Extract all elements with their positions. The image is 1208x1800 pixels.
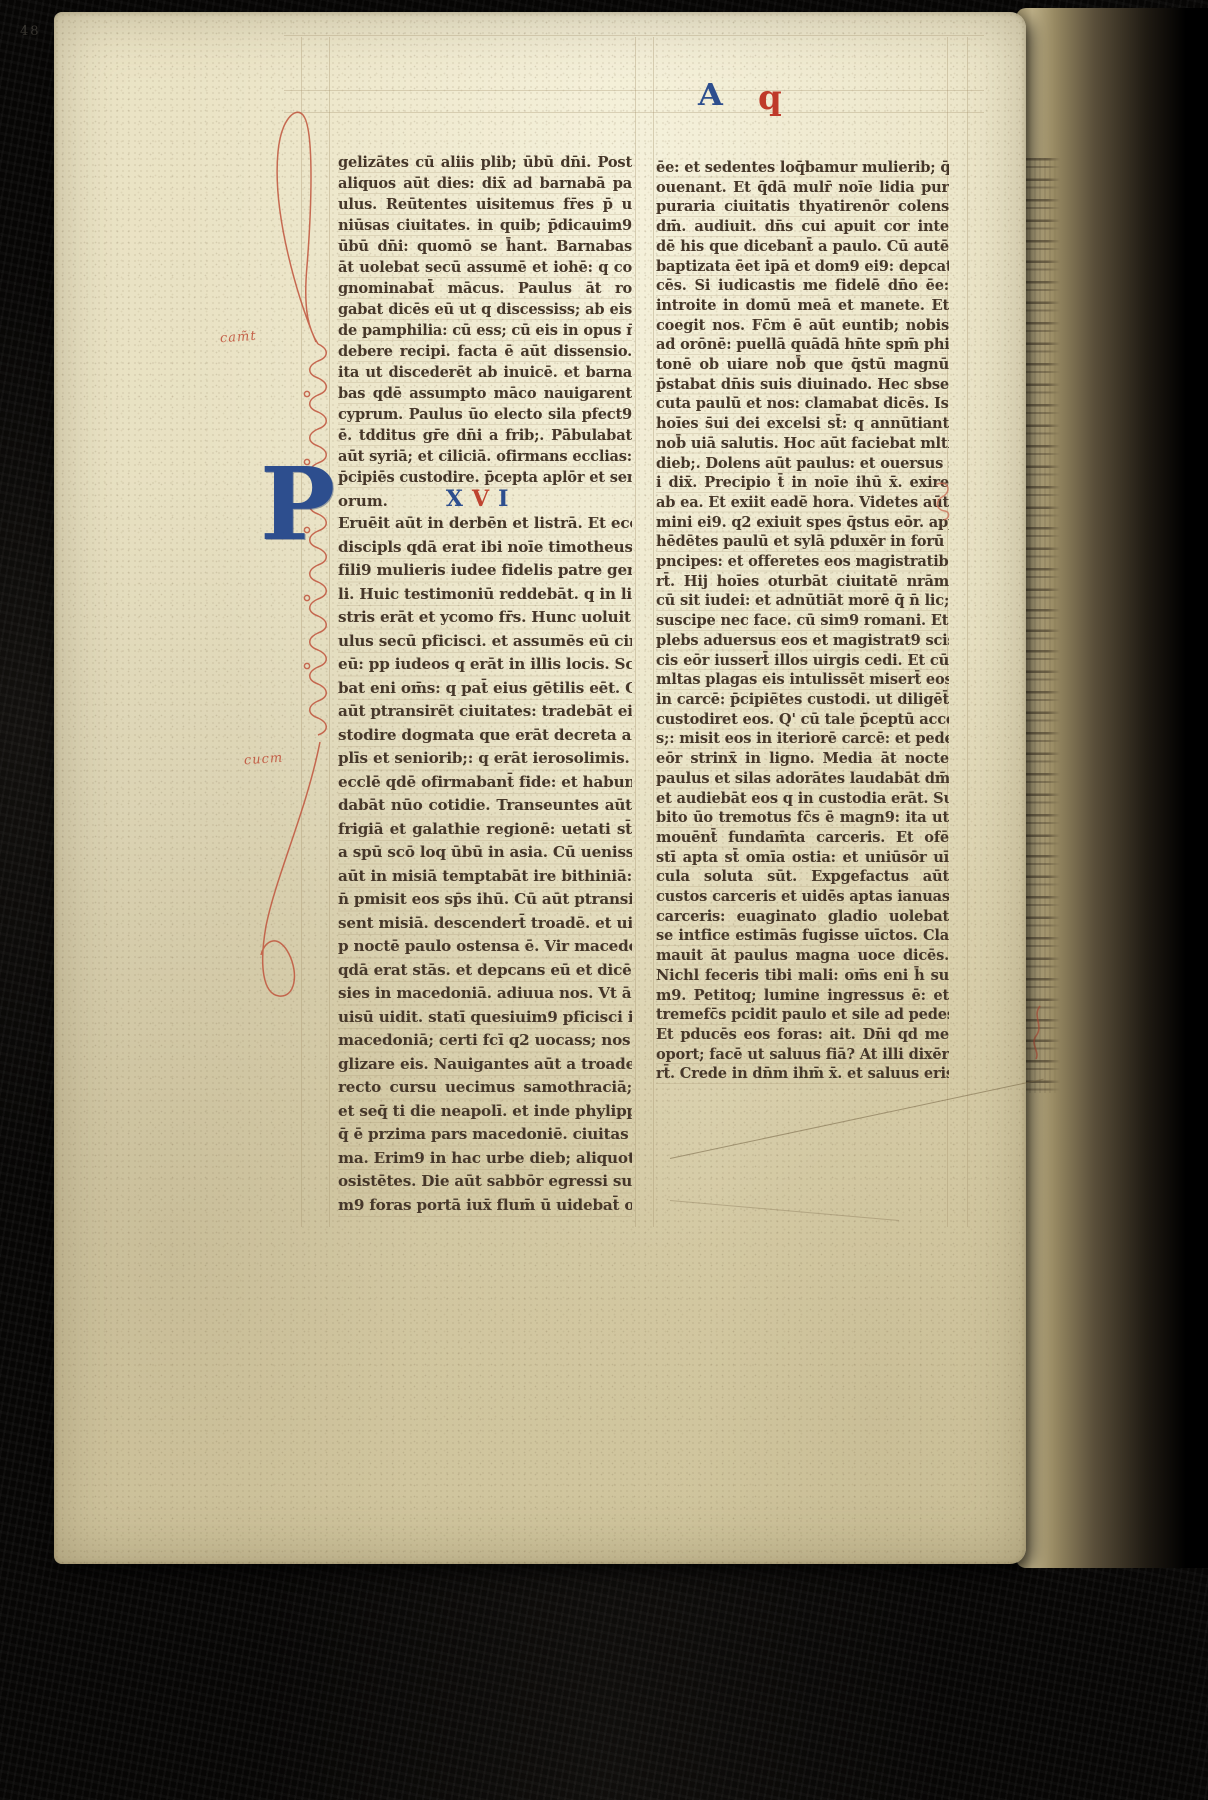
chapter-heading-row: orum. XVI	[338, 486, 632, 510]
manuscript-text-line: eōr strinx̄ in ligno. Media āt nocte	[656, 749, 949, 769]
manuscript-text-line: bas qdē assumpto māco nauigarent	[338, 383, 632, 404]
manuscript-text-line: bito ūo tremotus fc̄s ē magn9: ita ut	[656, 808, 949, 828]
manuscript-text-line: dabāt nūo cotidie. Transeuntes aūt	[338, 794, 632, 818]
manuscript-text-line: aūt ptransirēt ciuitates: tradebāt eis c…	[338, 700, 632, 724]
ruling-line	[284, 112, 984, 113]
manuscript-text-line: glizare eis. Nauigantes aūt a troade:	[338, 1053, 632, 1077]
ruling-line	[301, 37, 302, 1227]
manuscript-text-line: carceris: euaginato gladio uolebat	[656, 907, 949, 927]
manuscript-text-line: cyprum. Paulus ūo electo sila pfect9	[338, 404, 632, 425]
margin-note: cam̃t	[220, 329, 258, 347]
margin-note: cucm	[244, 751, 284, 769]
manuscript-text-line: hēdētes paulū et sylā pduxēr in forū ad	[656, 532, 949, 552]
manuscript-text-line: osistētes. Die aūt sabbōr egressi su	[338, 1170, 632, 1194]
ruling-line	[635, 37, 636, 1227]
manuscript-text-line: gabat dicēs eū ut q discessiss; ab eis	[338, 299, 632, 320]
manuscript-text-line: dm̄. audiuit. dn̄s cui apuit cor inte	[656, 217, 949, 237]
manuscript-text-line: Eruēit aūt in derbēn et listrā. Et ecce	[338, 512, 632, 536]
left-column-lower: Eruēit aūt in derbēn et listrā. Et ecced…	[338, 512, 632, 1217]
manuscript-text-line: ēe: et sedentes loq̄bamur mulierib; q̄	[656, 158, 949, 178]
manuscript-text-line: mini ei9. q2 exiuit spes q̄stus eōr. app…	[656, 513, 949, 533]
manuscript-text-line: p̄stabat dn̄is suis diuinado. Hec sbse	[656, 375, 949, 395]
decorated-initial-P: P	[260, 454, 335, 554]
manuscript-text-line: gelizātes cū aliis plib; ūbū dn̄i. Post	[338, 152, 632, 173]
manuscript-text-line: cuta paulū et nos: clamabat dicēs. Isti	[656, 394, 949, 414]
manuscript-text-line: tonē ob uiare nob̄ que q̄stū magnū	[656, 355, 949, 375]
manuscript-text-line: aliquos aūt dies: dix̄ ad barnabā pa	[338, 173, 632, 194]
manuscript-text-line: de pamphilia: cū ess; cū eis in opus n̄	[338, 320, 632, 341]
manuscript-text-line: se intfice estimās fugisse uīctos. Cla	[656, 926, 949, 946]
manuscript-text-line: ita ut discederēt ab inuicē. et barna	[338, 362, 632, 383]
manuscript-text-line: macedoniā; certi fcī q2 uocass; nos ds e	[338, 1029, 632, 1053]
penwork-flourish	[220, 94, 350, 1044]
manuscript-text-line: āt uolebat secū assumē et iohē: q co	[338, 257, 632, 278]
ruling-line	[284, 90, 984, 91]
manuscript-text-line: ulus secū pficisci. et assumēs eū circūc…	[338, 630, 632, 654]
manuscript-text-line: hoīes s̄ui dei excelsi st̄: q annūtiant	[656, 414, 949, 434]
manuscript-text-line: qdā erat stās. et depcans eū et dicēs: t…	[338, 959, 632, 983]
parchment-crease	[670, 1200, 899, 1221]
manuscript-text-line: suscipe nec face. cū sim9 romani. Et ocū…	[656, 611, 949, 631]
manuscript-text-line: coegit nos. Fc̄m ē aūt euntib; nobis	[656, 316, 949, 336]
manuscript-text-line: s;: misit eos in iteriorē carcē: et pede…	[656, 729, 949, 749]
manuscript-text-line: frigiā et galathie regionē: uetati st̄	[338, 818, 632, 842]
manuscript-text-line: ouenant. Et q̄dā mulr̄ noīe lidia pur	[656, 178, 949, 198]
numeral-letter: V	[472, 486, 498, 512]
manuscript-text-line: n̄ pmisit eos sp̄s ihū. Cū aūt ptransis	[338, 888, 632, 912]
manuscript-photo: 48 A q	[0, 0, 1208, 1800]
manuscript-text-line: m9 foras portā iux̄ flum̄ ū uidebat̄ orō	[338, 1194, 632, 1218]
ruling-line	[653, 37, 654, 1227]
manuscript-text-line: et seq̄ ti die neapolī. et inde phylippi…	[338, 1100, 632, 1124]
numeral-letter: X	[446, 486, 472, 512]
manuscript-text-line: sies in macedoniā. adiuua nos. Vt āt	[338, 982, 632, 1006]
right-column: ēe: et sedentes loq̄bamur mulierib; q̄ou…	[656, 158, 949, 1084]
manuscript-text-line: ab ea. Et exiit eadē hora. Videtes aūt d…	[656, 493, 949, 513]
left-column-upper: gelizātes cū aliis plib; ūbū dn̄i. Posta…	[338, 152, 632, 488]
manuscript-text-line: sent misiā. descendert̄ troadē. et uisio	[338, 912, 632, 936]
manuscript-text-line: uisū uidit. statī quesiuim9 pficisci in	[338, 1006, 632, 1030]
facing-page-edge	[1016, 8, 1208, 1568]
manuscript-text-line: Et pducēs eos foras: ait. Dn̄i qd me	[656, 1025, 949, 1045]
chapter-numeral: XVI	[446, 486, 517, 512]
manuscript-text-line: ecclē qdē ofirmabant̄ fide: et habun	[338, 771, 632, 795]
manuscript-text-line: in carcē: p̄cipiētes custodi. ut diligēt…	[656, 690, 949, 710]
manuscript-text-line: stodire dogmata que erāt decreta ab a	[338, 724, 632, 748]
manuscript-text-line: ad orōnē: puellā quādā hn̄te spm̄ phi	[656, 335, 949, 355]
ruling-line	[967, 37, 968, 1227]
manuscript-text-line: p noctē paulo ostensa ē. Vir macedo	[338, 935, 632, 959]
manuscript-text-line: bat eni om̄s: q pat̄ eius gētilis eēt. C…	[338, 677, 632, 701]
ruling-line	[284, 35, 984, 36]
manuscript-text-line: recto cursu uecimus samothraciā;	[338, 1076, 632, 1100]
manuscript-text-line: p̄cipiēs custodire. p̄cepta aplōr et sen	[338, 467, 632, 488]
manuscript-text-line: gnominabat̄ mācus. Paulus āt ro	[338, 278, 632, 299]
manuscript-text-line: mltas plagas eis intulissēt misert̄ eos	[656, 670, 949, 690]
manuscript-text-line: plebs aduersus eos et magistrat9 scisis …	[656, 631, 949, 651]
manuscript-text-line: mauit āt paulus magna uoce dicēs.	[656, 946, 949, 966]
manuscript-text-line: ma. Erim9 in hac urbe dieb; aliquot	[338, 1147, 632, 1171]
manuscript-text-line: cū sit iudei: et adnūtiāt morē q̄ n̄ lic…	[656, 591, 949, 611]
quire-mark-q: q	[758, 78, 782, 118]
manuscript-text-line: ē. tdditus gr̄e dn̄i a frib;. Pābulabat	[338, 425, 632, 446]
manuscript-text-line: ulus. Reūtentes uisitemus fr̄es p̄ u	[338, 194, 632, 215]
manuscript-text-line: cēs. Si iudicastis me fidelē dn̄o ēe:	[656, 276, 949, 296]
manuscript-text-line: mouēnt̄ fundam̄ta carceris. Et ofē	[656, 828, 949, 848]
manuscript-text-line: discipls qdā erat ibi noīe timotheus:	[338, 536, 632, 560]
manuscript-text-line: plīs et seniorib;: q erāt ierosolimis. E…	[338, 747, 632, 771]
ruling-line	[329, 37, 330, 1227]
manuscript-text-line: oport; facē ut saluus fiā? At illi dixēr	[656, 1045, 949, 1065]
manuscript-text-line: debere recipi. facta ē aūt dissensio.	[338, 341, 632, 362]
manuscript-text-line: baptizata ēet ipā et dom9 ei9: depcata ē…	[656, 257, 949, 277]
facing-page-text-edge	[1024, 158, 1060, 1093]
parchment-folio: A q cam̃t cucm P gelizātes cū aliis plib…	[54, 12, 1026, 1564]
catchword: orum.	[338, 492, 388, 510]
manuscript-text-line: i dix̄. Precipio t̄ in noīe ihū x̄. exir…	[656, 473, 949, 493]
manuscript-text-line: tremefc̄s pcidit paulo et sile ad pedes.	[656, 1005, 949, 1025]
manuscript-text-line: rt̄. Crede in dn̄m ihm̄ x̄. et saluus er…	[656, 1064, 949, 1084]
manuscript-text-line: introite in domū meā et manete. Et	[656, 296, 949, 316]
manuscript-text-line: ūbū dn̄i: quomō se h̄ant. Barnabas	[338, 236, 632, 257]
manuscript-text-line: aūt syriā; et ciliciā. ofirmans ecclias:	[338, 446, 632, 467]
manuscript-text-line: custodiret eos. Q' cū tale p̄ceptū accep…	[656, 710, 949, 730]
manuscript-text-line: m9. Petitoq; lumine ingressus ē: et	[656, 986, 949, 1006]
manuscript-text-line: pncipes: et offeretes eos magistratib; d…	[656, 552, 949, 572]
manuscript-text-line: dieb;. Dolens aūt paulus: et ouersus sp̄…	[656, 454, 949, 474]
manuscript-text-line: rt̄. Hij hoīes oturbāt ciuitatē nrām	[656, 572, 949, 592]
manuscript-text-line: a spū scō loq ūbū in asia. Cū uenissēt	[338, 841, 632, 865]
numeral-letter: I	[498, 486, 517, 512]
manuscript-text-line: fili9 mulieris iudee fidelis patre genti…	[338, 559, 632, 583]
manuscript-text-line: cis eōr iussert̄ illos uirgis cedi. Et c…	[656, 651, 949, 671]
manuscript-text-line: q̄ ē przima pars macedoniē. ciuitas colo	[338, 1123, 632, 1147]
edge-red-mark	[1026, 1002, 1052, 1062]
manuscript-text-line: puraria ciuitatis thyatirenōr colens	[656, 197, 949, 217]
manuscript-text-line: eū: pp iudeos q erāt in illis locis. Sci…	[338, 653, 632, 677]
shelfmark: 48	[20, 24, 41, 39]
manuscript-text-line: Nichl feceris tibi mali: om̄s eni h̄ su	[656, 966, 949, 986]
parchment-crease	[670, 1079, 1044, 1159]
manuscript-text-line: li. Huic testimoniū reddebāt. q in li	[338, 583, 632, 607]
manuscript-text-line: stris erāt et ycomo fr̄s. Hunc uoluit pa	[338, 606, 632, 630]
manuscript-text-line: dē his que dicebant̄ a paulo. Cū autē	[656, 237, 949, 257]
manuscript-text-line: cula soluta sūt. Expgefactus aūt	[656, 867, 949, 887]
red-paraph-mark	[932, 478, 954, 524]
manuscript-text-line: paulus et silas adorātes laudabāt dm̄.	[656, 769, 949, 789]
running-title-letter-A: A	[698, 78, 723, 113]
manuscript-text-line: aūt in misiā temptabāt ire bithiniā:	[338, 865, 632, 889]
manuscript-text-line: et audiebāt eos q in custodia erāt. Su	[656, 789, 949, 809]
manuscript-text-line: nob̄ uiā salutis. Hoc aūt faciebat mltis	[656, 434, 949, 454]
manuscript-text-line: custos carceris et uidēs aptas ianuas	[656, 887, 949, 907]
manuscript-text-line: stī apta st̄ omīa ostia: et uniūsōr uī	[656, 848, 949, 868]
manuscript-text-line: niūsas ciuitates. in quib; p̄dicauim9	[338, 215, 632, 236]
